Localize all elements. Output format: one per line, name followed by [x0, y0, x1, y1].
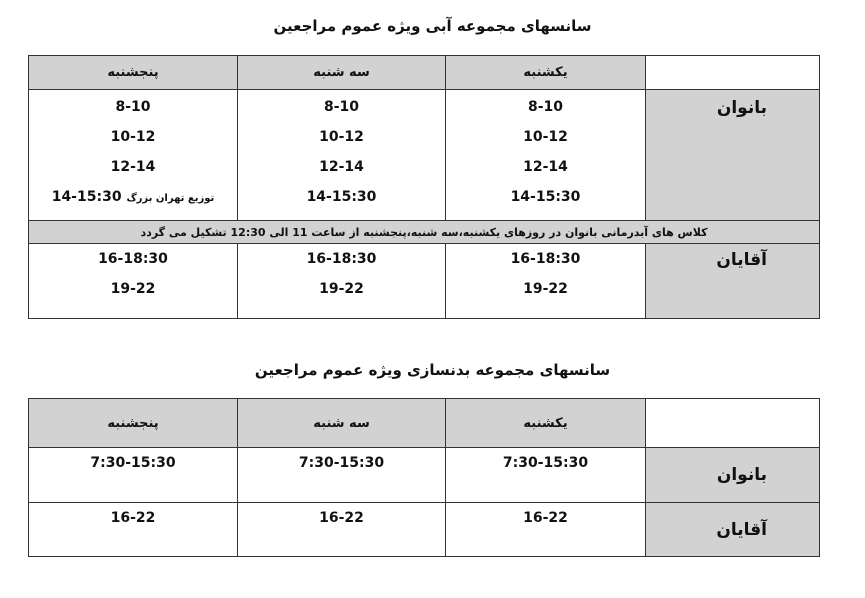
gym-schedule-title: سانسهای مجموعه بدنسازی ویژه عموم مراجعین: [0, 361, 865, 379]
women-thursday-cell: 7:30-15:30: [29, 448, 238, 503]
gym-schedule-table: یکشنبه سه شنبه پنجشنبه بانوان 7:30-15:30…: [28, 398, 820, 557]
row-label-men: آقایان: [646, 503, 820, 557]
time-slot: 8-10: [29, 92, 237, 122]
time-slot: 7:30-15:30: [446, 448, 645, 478]
time-slot: 10-12: [29, 122, 237, 152]
time-slot: 16-18:30: [29, 244, 237, 274]
time-slot: 12-14: [29, 152, 237, 182]
row-label-women: بانوان: [646, 448, 820, 503]
time-slot: 16-22: [446, 503, 645, 533]
time-slot: 7:30-15:30: [238, 448, 445, 478]
men-sunday-cell: 16-18:30 19-22: [446, 244, 646, 319]
women-tuesday-cell: 8-10 10-12 12-14 14-15:30: [238, 90, 446, 221]
men-tuesday-cell: 16-22: [238, 503, 446, 557]
time-slot: 16-22: [238, 503, 445, 533]
pool-schedule-table: یکشنبه سه شنبه پنجشنبه بانوان 8-10 10-12…: [28, 55, 820, 319]
men-sunday-cell: 16-22: [446, 503, 646, 557]
time-slot: 16-18:30: [446, 244, 645, 274]
time-slot: 14-15:30: [52, 189, 122, 205]
time-slot: 16-18:30: [238, 244, 445, 274]
women-sunday-cell: 7:30-15:30: [446, 448, 646, 503]
header-tuesday: سه شنبه: [238, 56, 446, 90]
time-slot: 19-22: [446, 274, 645, 304]
women-thursday-cell: 8-10 10-12 12-14 14-15:30 توزیع تهران بز…: [29, 90, 238, 221]
time-slot-with-note: 14-15:30 توزیع تهران بزرگ: [29, 182, 237, 212]
time-slot: 19-22: [238, 274, 445, 304]
time-slot: 14-15:30: [238, 182, 445, 212]
time-slot: 12-14: [446, 152, 645, 182]
men-thursday-cell: 16-22: [29, 503, 238, 557]
header-thursday: پنجشنبه: [29, 56, 238, 90]
time-slot: 10-12: [446, 122, 645, 152]
hydrotherapy-note: کلاس های آبدرمانی بانوان در روزهای یکشنب…: [29, 221, 820, 244]
slot-extra-note: توزیع تهران بزرگ: [126, 193, 214, 204]
header-sunday: یکشنبه: [446, 399, 646, 448]
men-tuesday-cell: 16-18:30 19-22: [238, 244, 446, 319]
time-slot: 10-12: [238, 122, 445, 152]
women-sunday-cell: 8-10 10-12 12-14 14-15:30: [446, 90, 646, 221]
time-slot: 19-22: [29, 274, 237, 304]
header-sunday: یکشنبه: [446, 56, 646, 90]
time-slot: 16-22: [29, 503, 237, 533]
corner-cell: [646, 56, 820, 90]
time-slot: 14-15:30: [446, 182, 645, 212]
time-slot: 12-14: [238, 152, 445, 182]
row-label-men: آقایان: [646, 244, 820, 319]
row-label-women: بانوان: [646, 90, 820, 221]
corner-cell: [646, 399, 820, 448]
header-thursday: پنجشنبه: [29, 399, 238, 448]
header-tuesday: سه شنبه: [238, 399, 446, 448]
time-slot: 8-10: [238, 92, 445, 122]
time-slot: 8-10: [446, 92, 645, 122]
pool-schedule-title: سانسهای مجموعه آبی ویژه عموم مراجعین: [0, 17, 865, 35]
time-slot: 7:30-15:30: [29, 448, 237, 478]
men-thursday-cell: 16-18:30 19-22: [29, 244, 238, 319]
women-tuesday-cell: 7:30-15:30: [238, 448, 446, 503]
